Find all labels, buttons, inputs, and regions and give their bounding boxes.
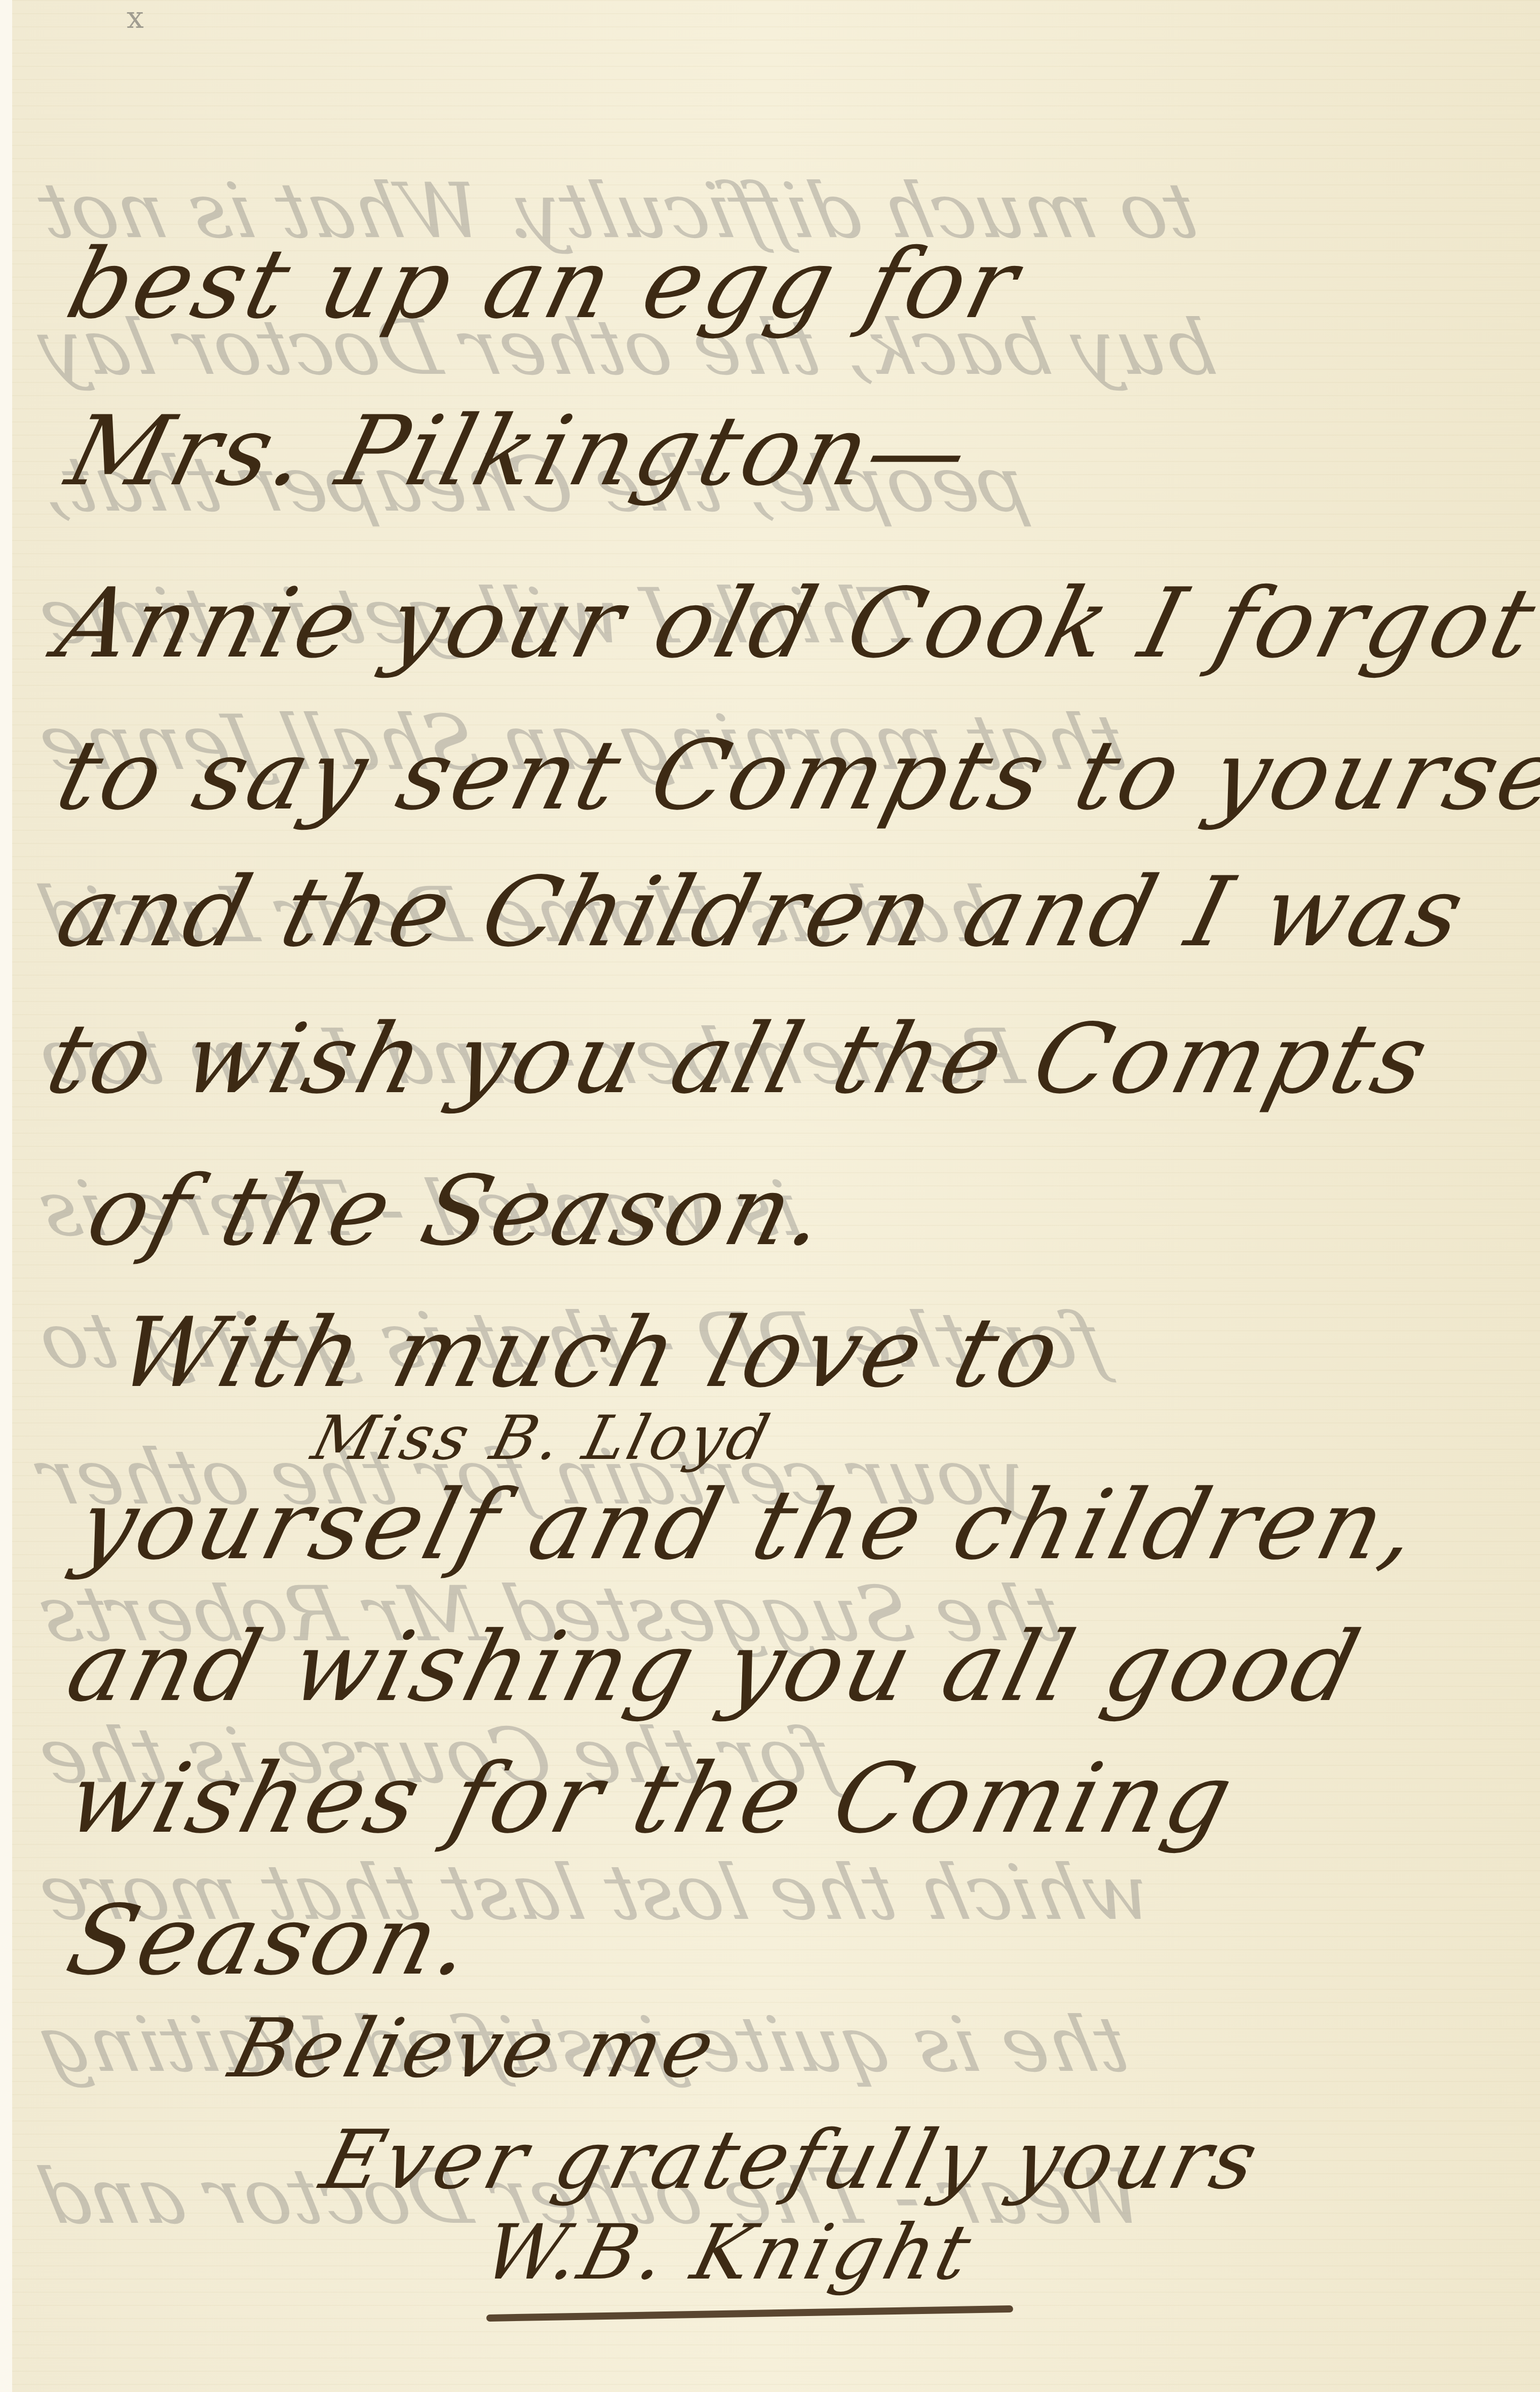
corner-mark: x <box>127 0 144 35</box>
letter-line: With much love to <box>107 1297 1073 1409</box>
letter-insertion: Miss B. Lloyd <box>305 1403 779 1474</box>
letter-line: to say sent Compts to yourself <box>47 719 1540 831</box>
letter-line: Annie your old Cook I forgot <box>47 567 1540 679</box>
letter-line: and wishing you all good <box>57 1611 1372 1723</box>
closing-line: Ever gratefully yours <box>313 2112 1269 2207</box>
letter-line: best up an egg for <box>57 228 1031 340</box>
letter-line: wishes for the Coming <box>57 1743 1246 1855</box>
letter-line: Season. <box>57 1884 486 1996</box>
letter-line: Mrs. Pilkington— <box>57 395 982 507</box>
closing-line: Believe me <box>221 2001 727 2096</box>
letter-line: yourself and the children, <box>67 1469 1432 1581</box>
page-edge <box>0 0 12 2392</box>
signature: W.B. Knight <box>475 2209 982 2297</box>
letter-line: of the Season. <box>77 1155 840 1267</box>
letter-line: and the Children and I was <box>47 856 1477 968</box>
letter-line: to wish you all the Compts <box>36 1003 1441 1115</box>
